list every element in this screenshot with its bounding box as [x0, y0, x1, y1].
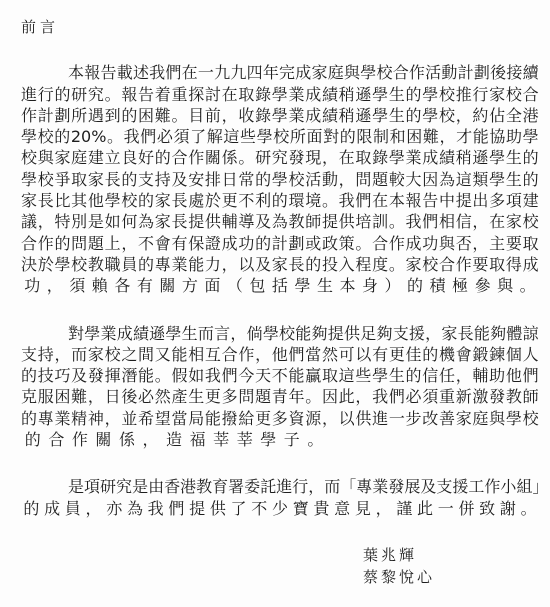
text-line: 合作的問題上，不會有保證成功的計劃或政策。合作成功與否，主要取 — [21, 234, 539, 254]
text-line: 的專業精神，並希望當局能撥給更多資源，以供進一步改善家庭與學校 — [21, 409, 539, 429]
text-line: 進行的研究。報告着重探討在取錄學業成績稍遜學生的學校推行家校合 — [21, 85, 539, 105]
text-line: 作計劃所遇到的困難。目前，收錄學業成績稍遜學生的學校，約佔全港 — [21, 106, 539, 126]
text-line: 支持，而家校之間又能相互合作，他們當然可以有更佳的機會鍛鍊個人 — [21, 345, 539, 365]
text-line: 校與家庭建立良好的合作關係。研究發現，在取錄學業成績稍遜學生的 — [21, 148, 539, 168]
text-line: 決於學校教職員的專業能力，以及家長的投入程度。家校合作要取得成 — [21, 255, 539, 275]
signatory-name: 葉兆輝 — [363, 545, 417, 565]
text-line: 本報告載述我們在一九九四年完成家庭與學校合作活動計劃後接續 — [68, 63, 539, 83]
text-line: 議，特別是如何為家長提供輔導及為教師提供培訓。我們相信，在家校 — [21, 212, 539, 232]
document-page: 前言 本報告載述我們在一九九四年完成家庭與學校合作活動計劃後接續 進行的研究。報… — [0, 0, 550, 607]
text-line: 功，須賴各有關方面（包括學生本身）的積極參與。 — [21, 276, 539, 296]
text-line: 的成員，亦為我們提供了不少寶貴意見，謹此一併致謝。 — [21, 499, 539, 519]
text-line: 對學業成績遜學生而言，倘學校能夠提供足夠支援，家長能夠體諒 — [68, 324, 539, 344]
text-line: 的合作關係，造福莘莘學子。 — [21, 430, 539, 450]
text-line: 克服困難，日後必然產生更多問題青年。因此，我們必須重新激發教師 — [21, 387, 539, 407]
text-line: 家長比其他學校的家長處於更不利的環境。我們在本報告中提出多項建 — [21, 191, 539, 211]
text-line: 學校爭取家長的支持及安排日常的學校活動，問題較大因為這類學生的 — [21, 170, 539, 190]
document-heading: 前言 — [21, 17, 59, 37]
signatory-name: 蔡黎悅心 — [363, 567, 435, 587]
text-line: 學校的20%。我們必須了解這些學校所面對的限制和困難，才能協助學 — [21, 127, 539, 147]
text-line: 的技巧及發揮潛能。假如我們今天不能贏取這些學生的信任，輔助他們 — [21, 366, 539, 386]
text-line: 是項研究是由香港教育署委託進行，而「專業發展及支援工作小組」 — [68, 477, 539, 497]
